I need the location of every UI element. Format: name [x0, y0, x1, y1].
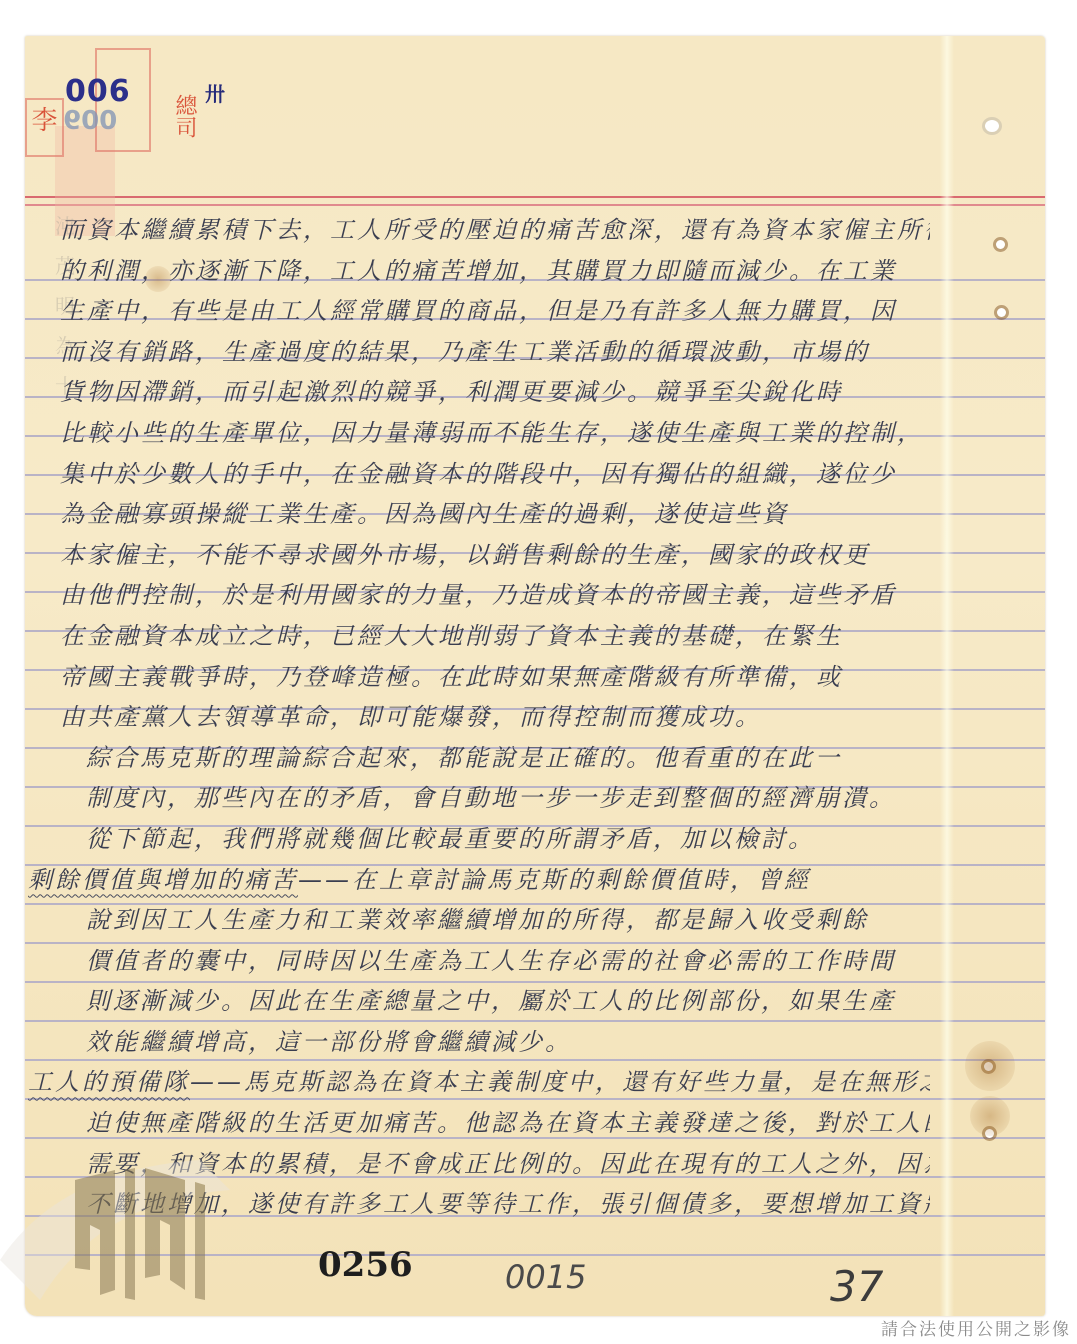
text-line-rest: ——在上章討論馬克斯的剩餘價值時，曾經 [298, 866, 811, 894]
text-line: 由他們控制，於是利用國家的力量，乃造成資本的帝國主義，這些矛盾 [60, 575, 930, 616]
text-line: 生產中，有些是由工人經常購買的商品，但是乃有許多人無力購買，因 [60, 291, 930, 332]
text-line: 則逐漸減少。因此在生產總量之中，屬於工人的比例部份，如果生產 [60, 981, 930, 1022]
text-line: 在金融資本成立之時，已經大大地削弱了資本主義的基礎，在緊生 [60, 616, 930, 657]
section-heading-line: 工人的預備隊——馬克斯認為在資本主義制度中，還有好些力量，是在無形之中 [28, 1062, 930, 1103]
punch-hole-icon [997, 308, 1006, 317]
text-line: 從下節起，我們將就幾個比較最重要的所謂矛盾，加以檢討。 [60, 819, 930, 860]
punch-hole-icon [996, 240, 1005, 249]
text-line: 由共產黨人去領導革命，即可能爆發，而得控制而獲成功。 [60, 697, 930, 738]
text-line-rest: ——馬克斯認為在資本主義制度中，還有好些力量，是在無形之中 [190, 1068, 930, 1096]
handwritten-body: 而資本繼續累積下去，工人所受的壓迫的痛苦愈深，還有為資本家僱主所得 的利潤，亦逐… [60, 210, 930, 1225]
section-heading: 剩餘價值與增加的痛苦 [28, 866, 298, 894]
text-line: 而資本繼續累積下去，工人所受的壓迫的痛苦愈深，還有為資本家僱主所得 [60, 210, 930, 251]
stain [970, 1096, 1010, 1136]
pencil-folio-number: 0015 [505, 1258, 586, 1296]
text-line: 的利潤，亦逐漸下降，工人的痛苦增加，其購買力即隨而減少。在工業 [60, 251, 930, 292]
section-heading: 工人的預備隊 [28, 1068, 190, 1096]
text-line: 而沒有銷路，生產過度的結果，乃產生工業活動的循環波動，市場的 [60, 332, 930, 373]
text-line: 帝國主義戰爭時，乃登峰造極。在此時如果無產階級有所準備，或 [60, 657, 930, 698]
red-seal-left: 李 [29, 106, 55, 132]
text-line: 集中於少數人的手中，在金融資本的階段中，因有獨佔的組織，遂位少 [60, 454, 930, 495]
text-line: 為金融寡頭操縱工業生產。因為國內生產的過剩，遂使這些資 [60, 494, 930, 535]
text-line: 說到因工人生產力和工業效率繼續增加的所得，都是歸入收受剩餘 [60, 900, 930, 941]
archive-watermark-logo-icon [0, 1150, 260, 1320]
handwritten-page-number: 37 [830, 1262, 883, 1311]
legal-use-notice: 請合法使用公開之影像 [881, 1315, 1071, 1340]
red-seal-right: 總司 [173, 94, 195, 138]
archive-serial-number: 0256 [318, 1245, 413, 1285]
archive-number-faded: 009 [63, 106, 117, 136]
stain [965, 1041, 1015, 1091]
text-line: 制度內，那些內在的矛盾，會自動地一步一步走到整個的經濟崩潰。 [60, 778, 930, 819]
text-line: 綜合馬克斯的理論綜合起來，都能說是正確的。他看重的在此一 [60, 738, 930, 779]
text-line: 本家僱主，不能不尋求國外市場，以銷售剩餘的生產，國家的政权更 [60, 535, 930, 576]
section-heading-line: 剩餘價值與增加的痛苦——在上章討論馬克斯的剩餘價值時，曾經 [28, 860, 930, 901]
paper-fold-crease [940, 36, 954, 1316]
text-line: 比較小些的生產單位，因力量薄弱而不能生存，遂使生產與工業的控制， [60, 413, 930, 454]
text-line: 價值者的囊中，同時因以生產為工人生存必需的社會必需的工作時間 [60, 941, 930, 982]
blue-ink-mark: 卅 [205, 78, 225, 107]
text-line: 迫使無產階級的生活更加痛苦。他認為在資本主義發達之後，對於工人的 [60, 1103, 930, 1144]
punch-hole-icon [985, 120, 999, 132]
text-line: 效能繼續增高，這一部份將會繼續減少。 [60, 1022, 930, 1063]
archive-number-stamp: 006 [65, 74, 131, 109]
text-line: 貨物因滯銷，而引起激烈的競爭，利潤更要減少。競爭至尖銳化時 [60, 372, 930, 413]
red-margin-rule [25, 196, 1045, 206]
